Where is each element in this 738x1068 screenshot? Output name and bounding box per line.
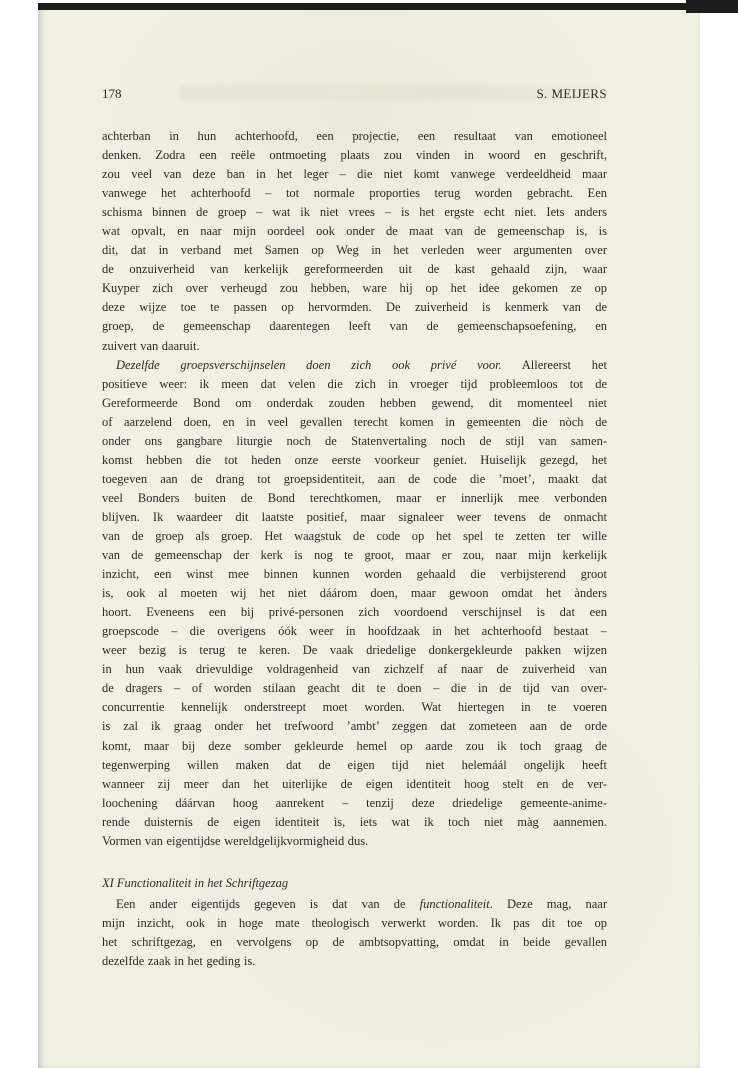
text-line: loochening dáárvan hoog aanrekent – tenz… xyxy=(102,794,607,813)
text-line: blijven. Ik waardeer dit laatste positie… xyxy=(102,508,607,527)
text-line: zuivert van daaruit. xyxy=(102,337,607,356)
italic-term: functionaliteit xyxy=(420,897,490,911)
text-line: van de gemeenschap der kerk is nog te gr… xyxy=(102,546,607,565)
text-line: tegenwerping willen maken dat de eigen t… xyxy=(102,756,607,775)
text-line: inzicht, een winst mee binnen kunnen wor… xyxy=(102,565,607,584)
text-line: de onzuiverheid van kerkelijk gereformee… xyxy=(102,260,607,279)
text-line: Dezelfde groepsverschijnselen doen zich … xyxy=(102,356,607,375)
text-line: van de groep als groep. Het waagstuk de … xyxy=(102,527,607,546)
body-text: achterban in hun achterhoofd, een projec… xyxy=(102,127,607,851)
text-line: groepscode – die overigens óók weer in h… xyxy=(102,622,607,641)
text-line: rende duisternis de eigen identiteit ìs,… xyxy=(102,813,607,832)
text-line: komt, maar bij deze somber gekleurde hem… xyxy=(102,737,607,756)
text-line: schisma binnen de groep – wat ik niet vr… xyxy=(102,203,607,222)
text-line: groep, de gemeenschap daarentegen leeft … xyxy=(102,317,607,336)
text-line: positieve weer: ik meen dat velen die zi… xyxy=(102,375,607,394)
page-number: 178 xyxy=(102,86,122,102)
text-line: concurrentie kennelijk onderstreept moet… xyxy=(102,698,607,717)
page-header: 178 S. MEIJERS xyxy=(102,86,607,104)
section-paragraph: Een ander eigentijds gegeven is dat van … xyxy=(102,895,607,971)
text-line: achterban in hun achterhoofd, een projec… xyxy=(102,127,607,146)
section-heading: XI Functionaliteit in het Schriftgezag xyxy=(102,874,607,893)
text-line: onder ons gangbare liturgie noch de Stat… xyxy=(102,432,607,451)
text-line: wat opvalt, en naar mijn oordeel ook ond… xyxy=(102,222,607,241)
text-line: is zal ik graag onder het trefwoord ’amb… xyxy=(102,717,607,736)
text-line: in hun vaak drievuldige voldragenheid va… xyxy=(102,660,607,679)
text-line: wanneer zij meer dan het uiterlijke de e… xyxy=(102,775,607,794)
scan-top-right-corner xyxy=(686,0,738,13)
text-line: Een ander eigentijds gegeven is dat van … xyxy=(102,895,607,914)
running-title: S. MEIJERS xyxy=(537,86,607,102)
text-line: is, ook al moeten wij het niet dáárom do… xyxy=(102,584,607,603)
text-line: Kuyper zich over verheugd zou hebben, wa… xyxy=(102,279,607,298)
text-line: hoort. Eveneens een bij privé-personen z… xyxy=(102,603,607,622)
italic-lead-sentence: Dezelfde groepsverschijnselen doen zich … xyxy=(116,358,502,372)
text-line: het schriftgezag, en vervolgens op de am… xyxy=(102,933,607,952)
text-line: toegeven aan de drang tot groepsidentite… xyxy=(102,470,607,489)
text-line: Gereformeerde Bond om onderdak zouden he… xyxy=(102,394,607,413)
text-line: zou veel van deze ban in het leger – die… xyxy=(102,165,607,184)
line-remainder: . Deze mag, naar xyxy=(490,897,607,911)
text-line: dit, dat in verband met Samen op Weg in … xyxy=(102,241,607,260)
text-line: weer bezig is terug te keren. De vaak dr… xyxy=(102,641,607,660)
text-line: mijn inzicht, ook in hoge mate theologis… xyxy=(102,914,607,933)
text-line: of aarzelend doen, en in veel gevallen t… xyxy=(102,413,607,432)
text-line: denken. Zodra een reële ontmoeting plaat… xyxy=(102,146,607,165)
text-line: komst hebben die tot heden onze eerste v… xyxy=(102,451,607,470)
text-line: de dragers – of worden stilaan geacht di… xyxy=(102,679,607,698)
line-start: Een ander eigentijds gegeven is dat van … xyxy=(116,897,406,911)
line-remainder: Allereerst het xyxy=(522,358,607,372)
text-line: veel Bonders buiten de Bond terechtkomen… xyxy=(102,489,607,508)
text-line: dezelfde zaak in het geding is. xyxy=(102,952,607,971)
text-line: Vormen van eigentijdse wereldgelijkvormi… xyxy=(102,832,607,851)
text-line: vanwege het achterhoofd – tot normale pr… xyxy=(102,184,607,203)
text-line: deze wijze toe te passen op hervormden. … xyxy=(102,298,607,317)
scan-top-edge xyxy=(38,3,738,10)
